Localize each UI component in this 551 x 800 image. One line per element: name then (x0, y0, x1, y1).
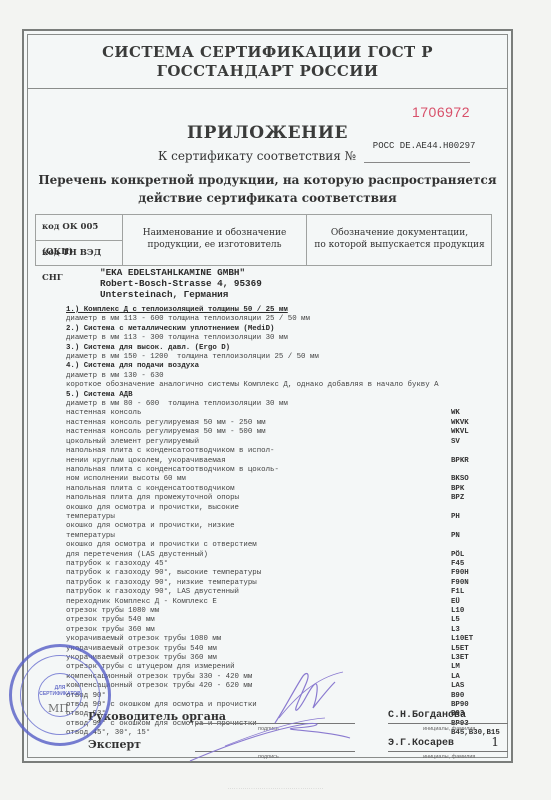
item-description: окошко для осмотра и прочистки, низкие (66, 522, 235, 530)
subtitle-line-1: Перечень конкретной продукции, на котору… (28, 171, 507, 189)
codes-column: код ОК 005 (ОКП) код ТН ВЭД СНГ (36, 215, 123, 265)
certificate-label: К сертификату соответствия № (158, 149, 356, 163)
manufacturer-address: Robert-Bosch-Strasse 4, 95369 (100, 278, 262, 289)
item-code: L3ET (451, 654, 469, 663)
documentation-column-header: Обозначение документации, по которой вып… (308, 215, 491, 265)
list-item: диаметр в мм 130 - 630 (66, 372, 498, 381)
list-item: 5.) Система АДВ (66, 391, 498, 400)
item-description: нении круглым цоколем, укорачиваемая (66, 457, 226, 465)
manufacturer-name: "EKA EDELSTAHLKAMINE GMBH" (100, 267, 262, 278)
item-code: WK (451, 409, 460, 418)
seal-place-label: МП (48, 702, 69, 715)
item-code: F90H (451, 569, 469, 578)
list-item: температурыPH (66, 513, 498, 522)
list-item: патрубок к газоходу 90°, высокие темпера… (66, 569, 498, 578)
item-description: 1.) Комплекс Д с теплоизоляцией толщины … (66, 306, 288, 314)
item-description: напольная плита с конденсатоотводчиком (66, 485, 235, 493)
item-code: L5 (451, 616, 460, 625)
doc-col-line-1: Обозначение документации, (308, 227, 491, 239)
item-description: патрубок к газоходу 90°, низкие температ… (66, 579, 257, 587)
item-description: окошко для осмотра и прочистки, высокие (66, 504, 239, 512)
item-description: диаметр в мм 80 - 600 толщина теплоизоля… (66, 400, 288, 408)
item-description: 4.) Система для подачи воздуха (66, 362, 199, 370)
item-description: температуры (66, 532, 115, 540)
product-list-subtitle: Перечень конкретной продукции, на котору… (28, 171, 507, 207)
list-item: настенная консоль регулируемая 50 мм - 2… (66, 419, 498, 428)
stamp-line-2: СЕРТИФИКАТОВ (12, 691, 108, 697)
item-description: диаметр в мм 113 - 300 толщина теплоизол… (66, 334, 288, 342)
list-item: настенная консоль регулируемая 50 мм - 5… (66, 428, 498, 437)
item-code: LM (451, 663, 460, 672)
item-code: WKVL (451, 428, 469, 437)
item-code: F45 (451, 560, 464, 569)
printer-footer: · · · · · · · · · · · · · · · · · · · · … (0, 787, 551, 791)
list-item: для перетечения (LAS двустенный)PÖL (66, 551, 498, 560)
list-item: патрубок к газоходу 90°, низкие температ… (66, 579, 498, 588)
product-col-line-1: Наименование и обозначение (123, 227, 306, 239)
list-item: патрубок к газоходу 45°F45 (66, 560, 498, 569)
doc-col-line-2: по которой выпускается продукция (308, 239, 491, 251)
codes-table: код ОК 005 (ОКП) код ТН ВЭД СНГ Наименов… (35, 214, 492, 266)
item-description: укорачиваемый отрезок трубы 1080 мм (66, 635, 221, 643)
item-code: WKVK (451, 419, 469, 428)
product-name-column-header: Наименование и обозначение продукции, ее… (123, 215, 307, 265)
manufacturer-city: Untersteinach, Германия (100, 289, 262, 300)
list-item: напольная плита с конденсатоотводчиком в… (66, 447, 498, 456)
item-description: напольная плита для промежуточной опоры (66, 494, 239, 502)
item-description: отрезок трубы 360 мм (66, 626, 155, 634)
item-description: для перетечения (LAS двустенный) (66, 551, 208, 559)
list-item: настенная консольWK (66, 409, 498, 418)
certificate-frame: СИСТЕМА СЕРТИФИКАЦИИ ГОСТ Р ГОССТАНДАРТ … (22, 29, 513, 763)
certificate-inner-frame: СИСТЕМА СЕРТИФИКАЦИИ ГОСТ Р ГОССТАНДАРТ … (27, 34, 508, 758)
expert-signature-icon (185, 716, 355, 766)
list-item: отрезок трубы 1080 ммL10 (66, 607, 498, 616)
header-line-1: СИСТЕМА СЕРТИФИКАЦИИ ГОСТ Р (28, 43, 507, 62)
list-item: диаметр в мм 113 - 300 толщина теплоизол… (66, 334, 498, 343)
item-description: патрубок к газоходу 90°, LAS двустенный (66, 588, 239, 596)
list-item: диаметр в мм 150 - 1200 толщина теплоизо… (66, 353, 498, 362)
list-item: короткое обозначение аналогично системы … (66, 381, 498, 390)
item-description: напольная плита с конденсатоотводчиком в… (66, 466, 279, 474)
name-caption: инициалы, фамилия (423, 726, 475, 732)
item-code: F1L (451, 588, 464, 597)
item-description: укорачиваемый отрезок трубы 540 мм (66, 645, 217, 653)
product-col-line-2: продукции, ее изготовитель (123, 239, 306, 251)
item-code: L3 (451, 626, 460, 635)
item-description: патрубок к газоходу 90°, высокие темпера… (66, 569, 261, 577)
item-description: окошко для осмотра и прочистки с отверст… (66, 541, 257, 549)
item-description: диаметр в мм 150 - 1200 толщина теплоизо… (66, 353, 319, 361)
item-description: цокольный элемент регулируемый (66, 438, 199, 446)
name-caption: инициалы, фамилия (423, 754, 475, 760)
list-item: патрубок к газоходу 90°, LAS двустенныйF… (66, 588, 498, 597)
name-line (388, 723, 508, 724)
item-code: F90N (451, 579, 469, 588)
list-item: температурыPN (66, 532, 498, 541)
item-code: BKSO (451, 475, 469, 484)
list-item: ном исполнении высоты 60 ммBKSO (66, 475, 498, 484)
system-header: СИСТЕМА СЕРТИФИКАЦИИ ГОСТ Р ГОССТАНДАРТ … (28, 35, 507, 89)
stamp-center-text: ДЛЯ СЕРТИФИКАТОВ (12, 685, 108, 697)
item-description: настенная консоль (66, 409, 141, 417)
item-description: ном исполнении высоты 60 мм (66, 475, 186, 483)
item-description: переходник Комплекс Д - Комплекс Е (66, 598, 217, 606)
item-description: отрезок трубы 1080 мм (66, 607, 159, 615)
item-code: LA (451, 673, 460, 682)
list-item: окошко для осмотра и прочистки, высокие (66, 504, 498, 513)
list-item: цокольный элемент регулируемыйSV (66, 438, 498, 447)
list-item: 4.) Система для подачи воздуха (66, 362, 498, 371)
item-code: EÜ (451, 598, 460, 607)
list-item: диаметр в мм 80 - 600 толщина теплоизоля… (66, 400, 498, 409)
certificate-reference: К сертификату соответствия № РОСС DE.AE4… (158, 149, 470, 163)
header-line-2: ГОССТАНДАРТ РОССИИ (28, 62, 507, 81)
item-code: BPKR (451, 457, 469, 466)
item-code: PN (451, 532, 460, 541)
item-description: напольная плита с конденсатоотводчиком в… (66, 447, 274, 455)
item-code: PÖL (451, 551, 464, 560)
expert-role: Эксперт (88, 738, 141, 751)
list-item: 2.) Система с металлическим уплотнением … (66, 325, 498, 334)
list-item: укорачиваемый отрезок трубы 1080 ммL10ET (66, 635, 498, 644)
item-description: отрезок трубы 540 мм (66, 616, 155, 624)
list-item: окошко для осмотра и прочистки, низкие (66, 522, 498, 531)
list-item: напольная плита с конденсатоотводчикомBP… (66, 485, 498, 494)
item-description: диаметр в мм 113 - 600 толщина теплоизол… (66, 315, 310, 323)
item-code: B90 (451, 692, 464, 701)
item-code: PH (451, 513, 460, 522)
item-code: LAS (451, 682, 464, 691)
name-line (388, 751, 508, 752)
registration-number: 1706972 (412, 104, 470, 120)
item-code: L5ET (451, 645, 469, 654)
list-item: 3.) Система для высок. давл. (Ergo D) (66, 344, 498, 353)
list-item: укорачиваемый отрезок трубы 540 ммL5ET (66, 645, 498, 654)
item-description: настенная консоль регулируемая 50 мм - 5… (66, 428, 266, 436)
page-title: ПРИЛОЖЕНИЕ (28, 123, 507, 143)
item-description: патрубок к газоходу 45° (66, 560, 168, 568)
list-item: переходник Комплекс Д - Комплекс ЕEÜ (66, 598, 498, 607)
okp-code-label: код ОК 005 (ОКП) (36, 215, 122, 241)
item-description: 5.) Система АДВ (66, 391, 133, 399)
item-code: SV (451, 438, 460, 447)
certificate-number: РОСС DE.AE44.H00297 (373, 141, 476, 151)
item-code: L10ET (451, 635, 473, 644)
list-item: напольная плита для промежуточной опорыB… (66, 494, 498, 503)
tnved-code-label: код ТН ВЭД СНГ (36, 241, 122, 266)
item-description: 3.) Система для высок. давл. (Ergo D) (66, 344, 230, 352)
item-description: 2.) Система с металлическим уплотнением … (66, 325, 274, 333)
item-description: короткое обозначение аналогично системы … (66, 381, 439, 389)
list-item: отрезок трубы 360 ммL3 (66, 626, 498, 635)
item-code: BPZ (451, 494, 464, 503)
certificate-number-field: РОСС DE.AE44.H00297 (364, 149, 470, 163)
item-description: диаметр в мм 130 - 630 (66, 372, 164, 380)
item-code: BPK (451, 485, 464, 494)
manufacturer-block: "EKA EDELSTAHLKAMINE GMBH" Robert-Bosch-… (100, 267, 262, 300)
list-item: 1.) Комплекс Д с теплоизоляцией толщины … (66, 306, 498, 315)
list-item: нении круглым цоколем, укорачиваемаяBPKR (66, 457, 498, 466)
expert-name: Э.Г.Косарев (388, 738, 454, 749)
subtitle-line-2: действие сертификата соответствия (28, 189, 507, 207)
page-number: 1 (491, 735, 499, 749)
item-description: температуры (66, 513, 115, 521)
list-item: окошко для осмотра и прочистки с отверст… (66, 541, 498, 550)
item-description: настенная консоль регулируемая 50 мм - 2… (66, 419, 266, 427)
item-code: L10 (451, 607, 464, 616)
list-item: отрезок трубы 540 ммL5 (66, 616, 498, 625)
head-name: С.Н.Богданова (388, 710, 466, 721)
list-item: напольная плита с конденсатоотводчиком в… (66, 466, 498, 475)
list-item: диаметр в мм 113 - 600 толщина теплоизол… (66, 315, 498, 324)
official-stamp: ДЛЯ СЕРТИФИКАТОВ МП (9, 644, 111, 746)
